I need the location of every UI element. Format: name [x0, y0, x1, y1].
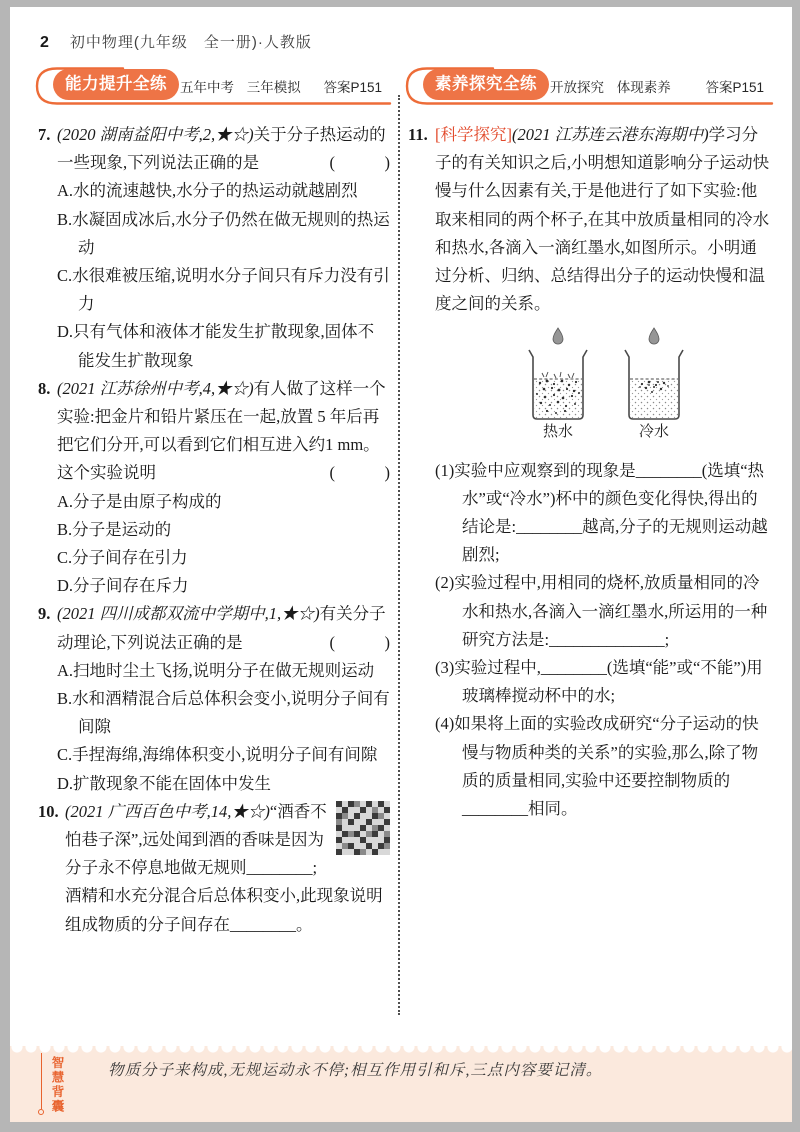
question-stem: (2021 四川成都双流中学期中,1,★☆)有关分子动理论,下列说法正确的是 (…: [57, 600, 390, 656]
water-drop-icon: [649, 328, 659, 344]
question-number: 11.: [408, 121, 435, 823]
question-text: 学习分子的有关知识之后,小明想知道影响分子运动快慢与什么因素有关,于是他进行了如…: [435, 125, 769, 313]
question-source: (2021 江苏连云港东海期中): [512, 125, 709, 144]
wisdom-pouch-label: 智慧背囊: [48, 1056, 66, 1114]
label-rule: [41, 1053, 42, 1109]
subpart-3: (3)实验过程中,________(选填“能”或“不能”)用玻璃棒搅动杯中的水;: [435, 654, 772, 710]
book-title: 初中物理(九年级 全一册)·人教版: [70, 34, 312, 51]
question-10: 10.: [38, 798, 390, 939]
experiment-figure: 热水: [484, 323, 724, 450]
option-c: C.水很难被压缩,说明水分子间只有斥力没有引力: [57, 262, 390, 318]
question-source: (2021 四川成都双流中学期中,1,★☆): [57, 604, 320, 623]
right-column: 素养探究全练 开放探究 体现素养 答案P151 11. [科学探究](2021 …: [408, 65, 772, 823]
section-tag: 体现素养: [617, 80, 671, 95]
option-b: B.水凝固成冰后,水分子仍然在做无规则的热运动: [57, 206, 390, 262]
scallop-edge: [10, 1046, 792, 1055]
answer-bracket: ( ): [330, 149, 391, 177]
beaker-cold: 冷水: [625, 328, 683, 440]
option-c: C.手捏海绵,海绵体积变小,说明分子间有间隙: [57, 741, 390, 769]
answer-page-ref: 答案P151: [323, 76, 382, 96]
question-stem: (2021 江苏徐州中考,4,★☆)有人做了这样一个实验:把金片和铅片紧压在一起…: [57, 375, 390, 488]
left-column: 能力提升全练 五年中考 三年模拟 答案P151 7. (2020 湖南益阳中考,…: [38, 65, 390, 939]
textbook-page: 2初中物理(九年级 全一册)·人教版 能力提升全练 五年中考 三年模拟 答案P1…: [10, 7, 792, 1122]
question-number: 9.: [38, 600, 57, 797]
beaker-hot-label: 热水: [542, 422, 572, 440]
option-a: A.水的流速越快,水分子的热运动就越剧烈: [57, 177, 390, 205]
question-11: 11. [科学探究](2021 江苏连云港东海期中)学习分子的有关知识之后,小明…: [408, 121, 772, 823]
answer-page-ref: 答案P151: [705, 76, 764, 96]
question-text: “酒香不怕巷子深”,远处闻到酒的香味是因为分子永不停息地做无规则________…: [65, 802, 383, 934]
option-b: B.水和酒精混合后总体积会变小,说明分子间有间隙: [57, 685, 390, 741]
question-7: 7. (2020 湖南益阳中考,2,★☆)关于分子热运动的一些现象,下列说法正确…: [38, 121, 390, 375]
section-badge: 能力提升全练: [53, 69, 179, 100]
question-number: 10.: [38, 798, 65, 939]
option-b: B.分子是运动的: [57, 516, 390, 544]
answer-bracket: ( ): [330, 459, 391, 487]
column-divider: [398, 95, 400, 1015]
right-section-header: 素养探究全练 开放探究 体现素养 答案P151: [408, 65, 772, 111]
question-9: 9. (2021 四川成都双流中学期中,1,★☆)有关分子动理论,下列说法正确的…: [38, 600, 390, 797]
beaker-cold-label: 冷水: [638, 423, 668, 440]
subpart-4: (4)如果将上面的实验改成研究“分子运动的快慢与物质种类的关系”的实验,那么,除…: [435, 710, 772, 823]
question-source: (2021 广西百色中考,14,★☆): [65, 802, 270, 821]
question-number: 7.: [38, 121, 57, 375]
section-badge: 素养探究全练: [423, 69, 549, 100]
question-8: 8. (2021 江苏徐州中考,4,★☆)有人做了这样一个实验:把金片和铅片紧压…: [38, 375, 390, 601]
question-source: (2021 江苏徐州中考,4,★☆): [57, 379, 254, 398]
mnemonic-text: 物质分子来构成,无规运动永不停;相互作用引和斥,三点内容要记清。: [108, 1059, 756, 1083]
question-stem: (2021 广西百色中考,14,★☆)“酒香不怕巷子深”,远处闻到酒的香味是因为…: [65, 798, 390, 939]
wisdom-pouch-box: 智慧背囊 物质分子来构成,无规运动永不停;相互作用引和斥,三点内容要记清。: [10, 1046, 792, 1122]
option-a: A.分子是由原子构成的: [57, 488, 390, 516]
option-a: A.扫地时尘土飞扬,说明分子在做无规则运动: [57, 657, 390, 685]
option-d: D.扩散现象不能在固体中发生: [57, 770, 390, 798]
question-source: (2020 湖南益阳中考,2,★☆): [57, 125, 254, 144]
section-tags: 开放探究 体现素养: [550, 76, 671, 96]
question-stem: [科学探究](2021 江苏连云港东海期中)学习分子的有关知识之后,小明想知道影…: [435, 121, 772, 318]
option-c: C.分子间存在引力: [57, 544, 390, 572]
question-tag: [科学探究]: [435, 125, 512, 144]
question-stem: (2020 湖南益阳中考,2,★☆)关于分子热运动的一些现象,下列说法正确的是 …: [57, 121, 390, 177]
option-d: D.分子间存在斥力: [57, 572, 390, 600]
water-drop-icon: [553, 328, 563, 344]
left-section-header: 能力提升全练 五年中考 三年模拟 答案P151: [38, 65, 390, 111]
subpart-1: (1)实验中应观察到的现象是________(选填“热水”或“冷水”)杯中的颜色…: [435, 457, 772, 570]
page-header: 2初中物理(九年级 全一册)·人教版: [40, 31, 312, 52]
beaker-hot: 热水: [529, 328, 587, 440]
subpart-2: (2)实验过程中,用相同的烧杯,放质量相同的冷水和热水,各滴入一滴红墨水,所运用…: [435, 569, 772, 654]
question-number: 8.: [38, 375, 57, 601]
section-tag: 三年模拟: [247, 80, 301, 95]
page-number: 2: [40, 34, 50, 51]
section-tags: 五年中考 三年模拟: [180, 76, 301, 96]
answer-bracket: ( ): [330, 629, 391, 657]
section-tag: 五年中考: [180, 80, 234, 95]
section-tag: 开放探究: [550, 80, 604, 95]
option-d: D.只有气体和液体才能发生扩散现象,固体不能发生扩散现象: [57, 318, 390, 374]
